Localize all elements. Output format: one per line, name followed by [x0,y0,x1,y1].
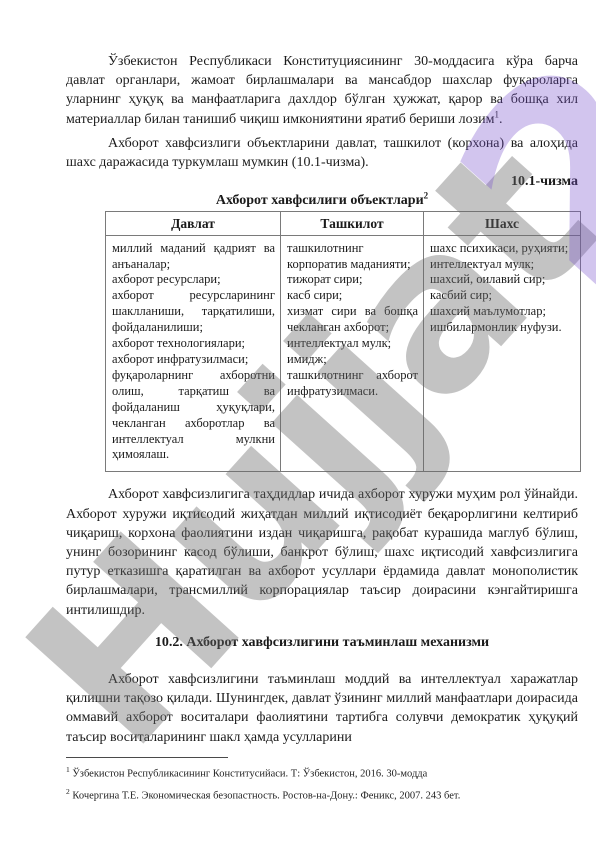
table-cell-item: фуқароларнинг ахборотни олиш, тарқатиш в… [112,368,275,463]
table-cell-item: хизмат сири ва бошқа чекланган ахборот; [287,304,418,336]
table-caption-text: Ахборот хавфсилиги объектлари [216,193,424,208]
paragraph-1: Ўзбекистон Республикаси Конституциясинин… [66,52,578,129]
footnote-2-text: Кочергина Т.Е. Экономическая безопастнос… [72,791,460,802]
table-cell-item: имидж; [287,352,418,368]
figure-label: 10.1-чизма [66,172,578,191]
table-cell-item: касб сири; [287,288,418,304]
table-cell-item: шахс психикаси, руҳияти; [430,241,575,257]
table-cell-item: ахборот технологиялари; [112,336,275,352]
column-header-organization: Ташкилот [281,211,424,235]
footnote-1: 1 Ўзбекистон Республикасининг Конституси… [66,761,578,783]
footnote-separator [66,757,228,758]
table-cell-item: шахсий маълумотлар; [430,304,575,320]
footnote-1-text: Ўзбекистон Республикасининг Конститусийа… [72,769,427,780]
footnote-2: 2 Кочергина Т.Е. Экономическая безопастн… [66,783,578,805]
table-cell-item: интеллектуал мулк; [287,336,418,352]
table-cell-item: ташкилотнинг корпоратив маданияти; [287,241,418,273]
table-cell-item: шахсий, оилавий сир; [430,272,575,288]
security-objects-table: Давлат Ташкилот Шахс миллий маданий қадр… [105,211,581,473]
table-caption: Ахборот хавфсилиги объектлари2 [66,191,578,210]
document-page: Ўзбекистон Республикаси Конституциясинин… [0,0,596,842]
table-cell-item: тижорат сири; [287,272,418,288]
section-heading: 10.2. Ахборот хавфсизлигини таъминлаш ме… [66,633,578,652]
paragraph-3: Ахборот хавфсизлигига таҳдидлар ичида ах… [66,485,578,619]
column-header-person: Шахс [424,211,581,235]
column-header-state: Давлат [106,211,281,235]
table-cell-organization: ташкилотнинг корпоратив маданияти;тижора… [281,235,424,472]
table-cell-item: миллий маданий қадрият ва анъаналар; [112,241,275,273]
table-cell-item: ташкилотнинг ахборот инфратузилмаси. [287,368,418,400]
footnote-1-ref: 1 [66,765,70,774]
table-cell-item: ахборот ресурсларининг шаклланиши, тарқа… [112,288,275,336]
table-cell-item: касбий сир; [430,288,575,304]
table-cell-item: ахборот ресурслари; [112,272,275,288]
footnote-area: 1 Ўзбекистон Республикасининг Конституси… [66,757,578,805]
page-content: Ўзбекистон Республикаси Конституциясинин… [66,52,578,747]
table-cell-item: ишбилармонлик нуфузи. [430,320,575,336]
paragraph-2: Ахборот хавфсизлиги объектларини давлат,… [66,134,578,172]
table-body-row: миллий маданий қадрият ва анъаналар;ахбо… [106,235,581,472]
table-cell-item: ахборот инфратузилмаси; [112,352,275,368]
table-cell-person: шахс психикаси, руҳияти;интеллектуал мул… [424,235,581,472]
table-cell-item: интеллектуал мулк; [430,257,575,273]
footnote-2-ref: 2 [66,787,70,796]
table-header-row: Давлат Ташкилот Шахс [106,211,581,235]
paragraph-4: Ахборот хавфсизлигини таъминлаш моддий в… [66,670,578,747]
footnote-ref-2: 2 [424,191,429,201]
paragraph-1-period: . [499,112,503,127]
table-cell-state: миллий маданий қадрият ва анъаналар;ахбо… [106,235,281,472]
